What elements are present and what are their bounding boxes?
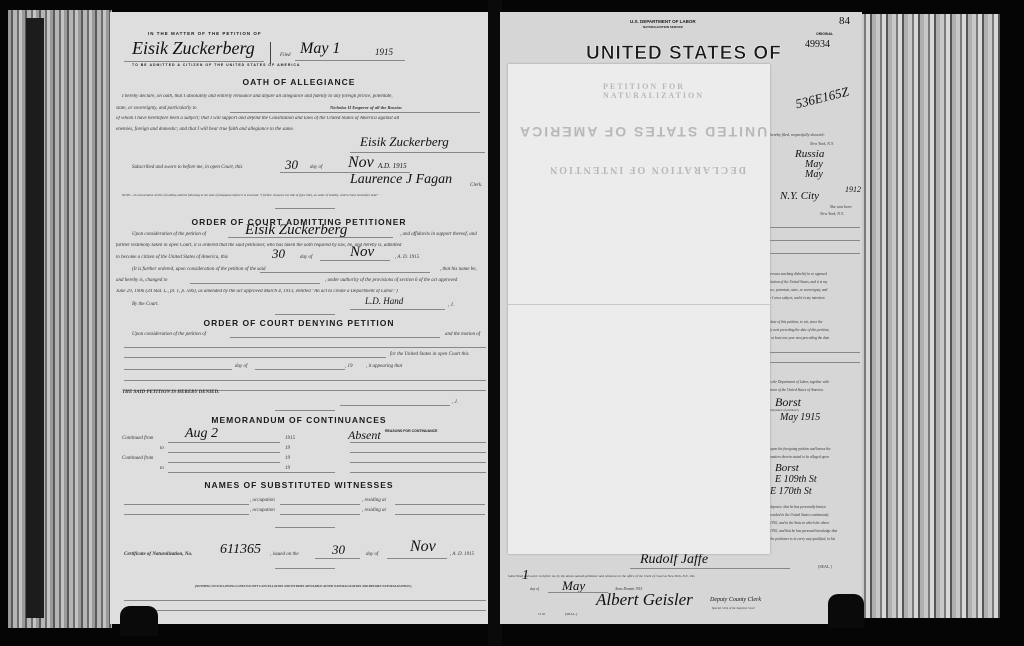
denying-appearing: , it appearing that [366,364,402,369]
right-form-code: 13-36 [538,612,545,616]
right-subscribed-day: 1 [522,568,529,584]
subscribed-text: Subscribed and sworn to before me, in op… [132,165,243,170]
page-clip-right [828,594,864,628]
ghost-title: PETITION FOR NATURALIZATION [603,82,770,100]
denying-day-of: day of [235,364,247,369]
ghost-banner: UNITED STATES OF AMERICA [518,124,767,140]
judge-signature: L.D. Hand [365,296,403,306]
certificate-number: 611365 [220,542,261,558]
service-label: NATURALIZATION SERVICE [643,25,683,29]
clerk-label: Clerk. [470,183,482,188]
filed-date: May 1 [300,40,340,58]
certificate-day-of: day of [366,552,378,557]
subscribed-day-of: day of [310,165,322,170]
admitting-month: Nov [350,244,374,261]
footer-note: [NOTHING ON FOLLOWING LINES EXCEPT CANCE… [195,584,411,588]
page-number: 84 [839,15,850,27]
oath-title: OATH OF ALLEGIANCE [110,77,488,87]
clerk-title: Deputy County Clerk [710,597,761,603]
caption-divider [270,42,271,64]
clerk-signature-right: Albert Geisler [596,590,693,610]
continuance-row: Continued from Aug 2 1915 Absent [110,434,488,444]
filed-year: 1915 [375,47,393,57]
certificate-label: Certificate of Naturalization, No. [124,552,192,557]
reasons-header: REASONS FOR CONTINUANCE [385,429,438,433]
ghost-subtitle: DECLARATION OF INTENTION [548,164,746,175]
continuance-date: Aug 2 [185,426,218,442]
witness-signature: Rudolf Jaffe [640,552,708,568]
subscribed-month: Nov [348,154,374,172]
left-page-petition-record: IN THE MATTER OF THE PETITION OF Eisik Z… [110,12,488,624]
sheet-fold [508,304,770,305]
admitting-line-1b: , and affidavits in support thereof, and [400,232,477,237]
petition-caption: IN THE MATTER OF THE PETITION OF [148,31,262,36]
admitting-year: , A. D. 1915 [395,255,419,260]
admission-caption: TO BE ADMITTED A CITIZEN OF THE UNITED S… [132,63,300,67]
admitting-line-1: Upon consideration of the petition of [132,232,206,237]
admitting-line-4b: , that his name be, [440,267,477,272]
bottom-seal: [SEAL.] [565,612,577,616]
continuance-year: 1915 [285,436,295,441]
continuances-title: MEMORANDUM OF CONTINUANCES [110,415,488,425]
denying-year: , 19 [345,364,353,369]
denying-judge-suffix: , J. [452,400,458,405]
admitting-day: 30 [272,246,285,262]
oath-line-2: state, or sovereignty, and particularly … [116,106,197,111]
witnesses-lines: , occupation , residing at , occupation … [110,496,488,520]
denying-line-1: Upon consideration of the petition of [132,332,206,337]
continuance-row: to 19 [110,444,488,454]
admitting-line-2: further testimony taken in open Court, i… [116,243,488,248]
department-label: U.S. DEPARTMENT OF LABOR [630,19,696,24]
continuance-row: Continued from 19 [110,454,488,464]
continuance-reason: Absent [348,428,381,443]
original-label: ORIGINAL [816,32,833,36]
admitting-day-of: day of [300,255,312,260]
renounced-sovereign: Nicholas II Emperor of all the Russias [330,105,402,110]
admitting-line-3: to become a citizen of the United States… [116,255,228,260]
nobility-note: NOTE.—In renunciation of title of nobili… [122,193,472,197]
certificate-month: Nov [410,538,436,556]
petitioner-name: Eisik Zuckerberg [132,38,255,59]
page-clip-left [120,606,158,636]
admitting-line-5b: , under authority of the provisions of s… [325,278,457,283]
witnesses-title: NAMES OF SUBSTITUTED WITNESSES [110,480,488,490]
denied-statement: THE SAID PETITION IS HEREBY DENIED. [122,390,219,395]
certificate-day: 30 [332,542,345,558]
stamped-number: 536E165Z [794,84,850,113]
denying-title: ORDER OF COURT DENYING PETITION [110,318,488,328]
denying-line-1b: and the motion of [445,332,480,337]
admitting-line-6: June 29, 1906 (34 Stat. L., pt. 1, p. 59… [116,289,488,294]
certificate-issued-label: , issued on the [270,552,299,557]
oath-line-3: of whom I have heretofore been a subject… [116,116,488,121]
clerk-signature: Laurence J Fagan [350,172,452,188]
book-page-edges-left [8,10,112,628]
clerk-subtitle: Special Clerk of the Supreme Court [712,606,755,610]
by-the-court: By the Court. [132,302,159,307]
seal-label: [SEAL.] [818,564,832,569]
admitting-line-4: (It is further ordered, upon considerati… [132,267,266,272]
subscribed-day: 30 [285,157,298,173]
admitting-line-5: and hereby is, changed to [116,278,167,283]
certificate-year: , A. D. 1915 [450,552,474,557]
oath-signature: Eisik Zuckerberg [360,134,449,150]
filed-label: Filed [280,53,291,58]
right-day-of: day of [530,587,539,591]
denying-line-2: for the United States in open Court this [390,352,469,357]
oath-line-1: I hereby declare, on oath, that I absolu… [122,94,492,99]
subscribed-year: A.D. 1915 [378,162,407,170]
book-page-edges-right [860,14,1000,618]
judge-suffix: , J. [448,303,454,308]
inserted-declaration-sheet: PETITION FOR NATURALIZATION UNITED STATE… [508,64,770,554]
oath-line-4: enemies, foreign and domestic; and that … [116,127,294,132]
right-subscribed-text: Subscribed and sworn to before me by the… [508,574,788,578]
